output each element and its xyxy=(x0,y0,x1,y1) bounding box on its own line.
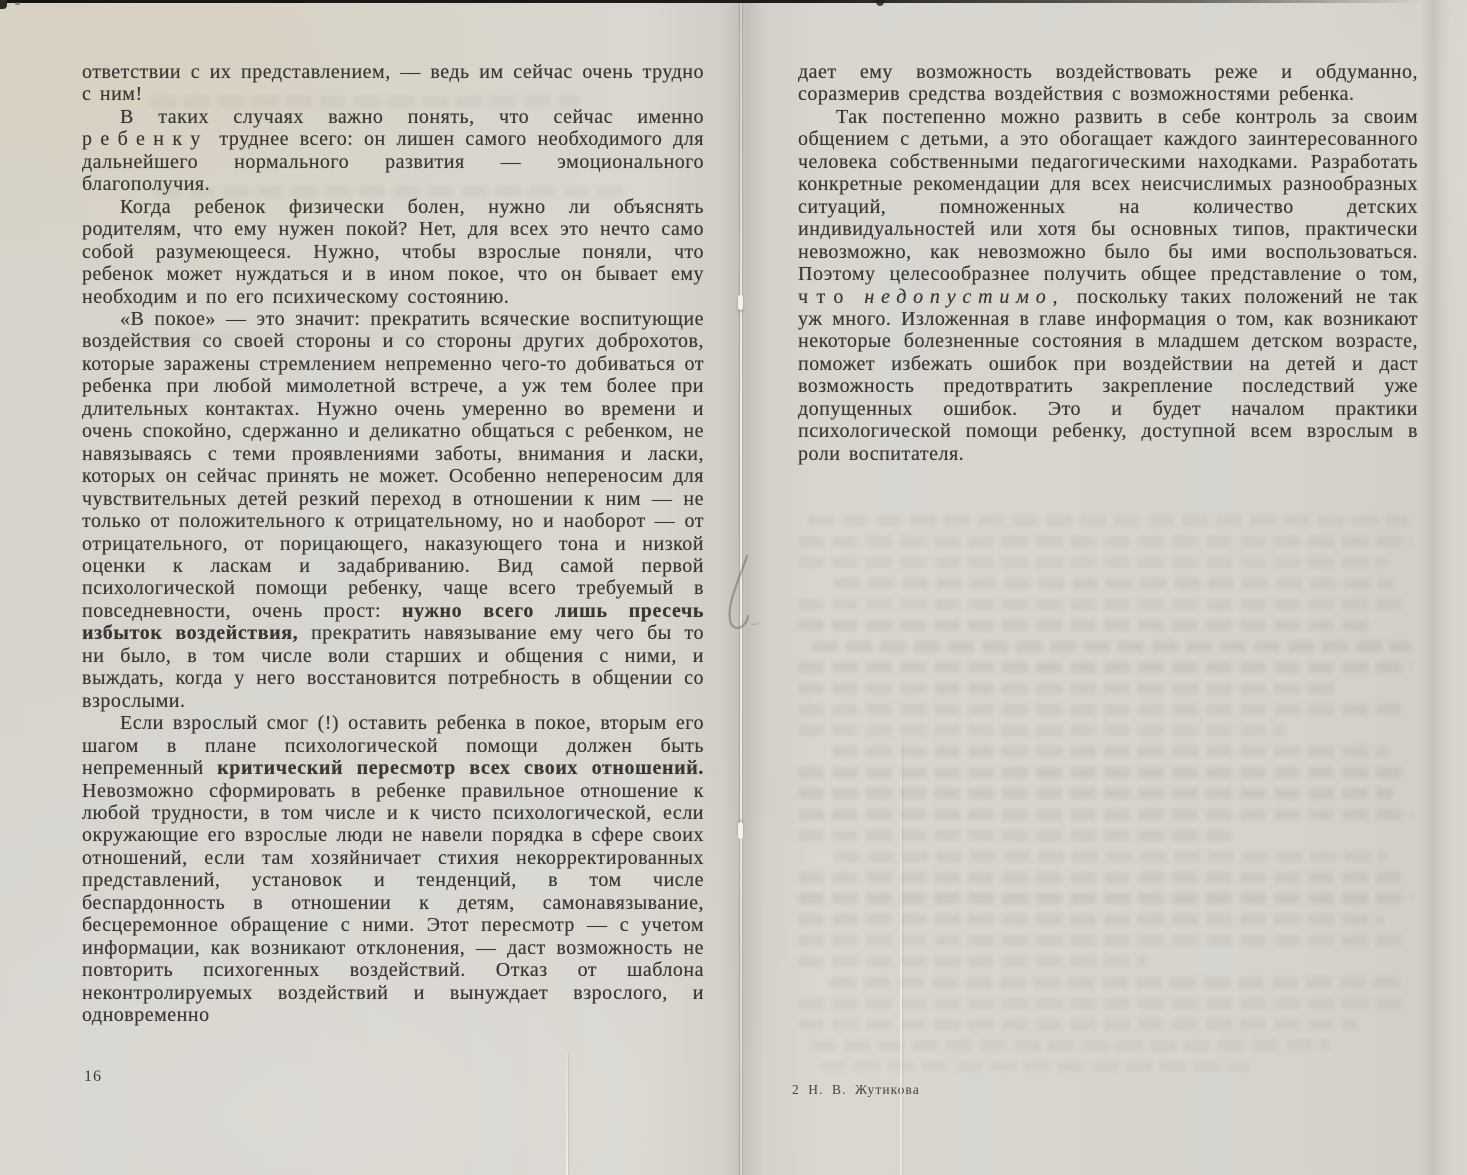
body-text: В таких случаях важно понять, что сейчас… xyxy=(120,106,704,128)
left-page-fold-crease xyxy=(566,1052,568,1175)
emphasized-text: критический пересмотр всех своих отношен… xyxy=(217,757,704,779)
show-through-line xyxy=(798,893,1412,904)
body-text: ответствии с их представлением, — ведь и… xyxy=(82,61,704,105)
show-through-line xyxy=(798,998,1404,1009)
scan-top-edge xyxy=(0,0,1467,3)
body-text: Так постепенно можно развить в себе конт… xyxy=(798,106,1418,285)
emphasized-text: недопустимо, xyxy=(864,286,1064,308)
show-through-line xyxy=(810,1040,1330,1051)
left-page-text-column: ответствии с их представлением, — ведь и… xyxy=(82,61,704,1069)
paragraph: Если взрослый смог (!) оставить ребенка … xyxy=(82,712,704,1026)
show-through-line xyxy=(830,977,1400,988)
show-through-line xyxy=(834,578,1394,589)
show-through-line xyxy=(812,641,1412,652)
show-through-line xyxy=(834,851,1386,862)
crease-highlight-dash xyxy=(738,295,743,310)
body-text: поскольку таких положений не так уж мног… xyxy=(798,286,1418,465)
paragraph: «В покое» — это значит: прекратить всяче… xyxy=(82,308,704,712)
show-through-line xyxy=(798,662,1412,673)
show-through-line xyxy=(798,767,1408,778)
show-through-line xyxy=(820,1061,1250,1072)
show-through-line xyxy=(798,830,1236,841)
paragraph: В таких случаях важно понять, что сейчас… xyxy=(82,106,704,196)
show-through-line xyxy=(798,557,1388,568)
page-right-edge-shadow xyxy=(1420,0,1450,1175)
paragraph: ответствии с их представлением, — ведь и… xyxy=(82,61,704,106)
right-page-fold-crease xyxy=(900,740,902,1175)
show-through-line xyxy=(832,746,1388,757)
body-text: Когда ребенок физически болен, нужно ли … xyxy=(82,196,704,308)
show-through-line xyxy=(798,956,1148,967)
show-through-line xyxy=(798,725,1286,736)
emphasized-text: что xyxy=(798,286,852,308)
body-text xyxy=(852,286,865,308)
show-through-line xyxy=(798,704,1410,715)
show-through-line xyxy=(798,872,1408,883)
book-spread-scan: ответствии с их представлением, — ведь и… xyxy=(0,0,1467,1175)
paragraph: Так постепенно можно развить в себе конт… xyxy=(798,106,1418,465)
emphasized-text: ребенку xyxy=(82,128,209,150)
show-through-line xyxy=(798,536,1412,547)
crease-highlight-dash xyxy=(738,822,743,839)
show-through-line xyxy=(798,620,1373,631)
body-text: дает ему возможность воздействовать реже… xyxy=(798,61,1418,105)
body-text: «В покое» — это значит: прекратить всяче… xyxy=(82,308,704,622)
show-through-line xyxy=(798,599,1410,610)
show-through-line xyxy=(798,914,1384,925)
show-through-line xyxy=(798,1019,1358,1030)
scan-corner-speck xyxy=(0,0,7,9)
right-page-text-column: дает ему возможность воздействовать реже… xyxy=(798,61,1418,531)
page-number: 16 xyxy=(84,1068,102,1086)
show-through-line xyxy=(798,683,1338,694)
paragraph: дает ему возможность воздействовать реже… xyxy=(798,61,1418,106)
gutter-top-notch xyxy=(876,0,884,6)
show-through-line xyxy=(798,788,1394,799)
paragraph: Когда ребенок физически болен, нужно ли … xyxy=(82,196,704,308)
pen-hook-mark-icon xyxy=(716,548,760,652)
show-through-line xyxy=(798,809,1412,820)
show-through-line xyxy=(798,935,1410,946)
scan-corner-speck xyxy=(15,2,20,5)
body-text: Невозможно сформировать в ребенке правил… xyxy=(82,780,704,1027)
